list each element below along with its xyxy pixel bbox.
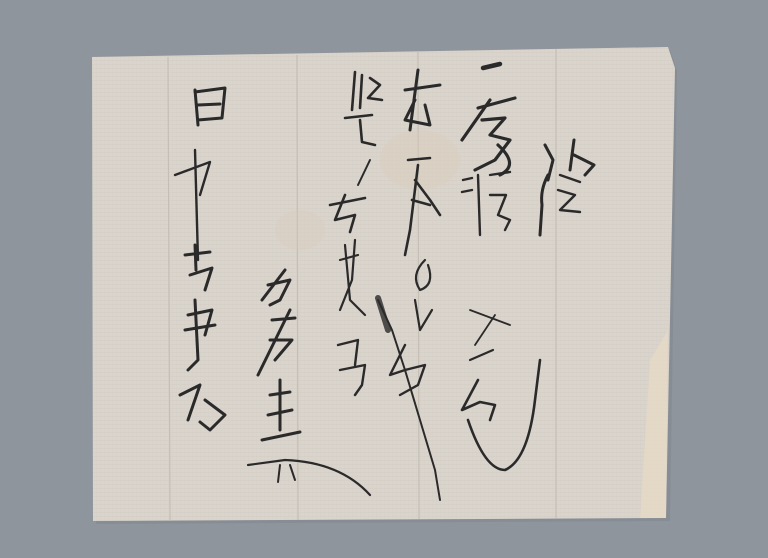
- acknowledgement-text: 右慥ニ受取申候: [395, 65, 445, 405]
- document-photo: 覚 一 ○○酒 入 一包 右慥ニ受取申候 明治七 戌 十月 四日 ○屋 ○○ 田…: [0, 0, 768, 558]
- date-text: 明治七 戌 十月 四日: [330, 70, 385, 400]
- item-text: 一 ○○酒 入 一包: [460, 60, 520, 480]
- heading-text: 覚: [540, 140, 600, 240]
- addressee-text: 田中 ○○ 殿: [175, 85, 230, 435]
- sender-text: ○屋 ○○: [250, 265, 305, 485]
